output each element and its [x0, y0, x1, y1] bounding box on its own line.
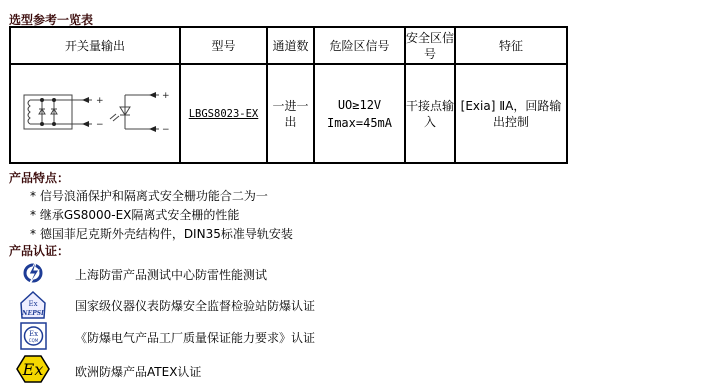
header-model: 型号	[180, 27, 267, 64]
table-row: +− +− LBGS8023-EX 一进一出 UO≥12V Imax=45mA …	[10, 64, 567, 163]
safe-signal-cell: 干接点输入	[405, 64, 455, 163]
features-title: 产品特点：	[9, 169, 69, 186]
svg-text:Ex: Ex	[28, 300, 37, 308]
certs-title: 产品认证：	[9, 242, 69, 259]
svg-text:−: −	[96, 120, 104, 130]
hazard-signal-current: Imax=45mA	[315, 114, 404, 132]
ex-cqm-icon: Ex CQM	[18, 322, 48, 350]
header-channels: 通道数	[267, 27, 314, 64]
feature-item: * 德国菲尼克斯外壳结构件，DIN35标准导轨安装	[30, 225, 293, 242]
svg-text:+: +	[162, 91, 170, 101]
hazard-signal-voltage: UO≥12V	[315, 96, 404, 114]
table-header-row: 开关量输出 型号 通道数 危险区信号 安全区信号 特征	[10, 27, 567, 64]
cert-item: 上海防雷产品测试中心防雷性能测试	[75, 266, 267, 283]
model-link[interactable]: LBGS8023-EX	[189, 108, 259, 120]
model-cell[interactable]: LBGS8023-EX	[180, 64, 267, 163]
svg-text:+: +	[96, 96, 104, 106]
hazard-signal-cell: UO≥12V Imax=45mA	[314, 64, 405, 163]
cert-item: 《防爆电气产品工厂质量保证能力要求》认证	[75, 329, 315, 346]
channels-cell: 一进一出	[267, 64, 314, 163]
feature-item: * 继承GS8000-EX隔离式安全栅的性能	[30, 206, 239, 223]
header-hazard-signal: 危险区信号	[314, 27, 405, 64]
switch-output-circuit-icon: +− +−	[20, 87, 170, 137]
cert-item: 欧洲防爆产品ATEX认证	[75, 363, 201, 380]
feature-item: * 信号浪涌保护和隔离式安全栅功能合二为一	[30, 187, 268, 204]
circuit-diagram-cell: +− +−	[10, 64, 180, 163]
header-switch-output: 开关量输出	[10, 27, 180, 64]
svg-text:Ex: Ex	[22, 360, 44, 379]
selection-table: 开关量输出 型号 通道数 危险区信号 安全区信号 特征	[9, 26, 568, 164]
svg-text:NEPSI: NEPSI	[21, 310, 44, 317]
header-features: 特征	[455, 27, 567, 64]
svg-text:CQM: CQM	[29, 338, 39, 343]
features-cell: [Exia] ⅡA，回路输出控制	[455, 64, 567, 163]
nepsi-ex-icon: Ex NEPSI	[18, 291, 48, 319]
atex-ex-icon: Ex	[16, 355, 50, 383]
cert-item: 国家级仪器仪表防爆安全监督检验站防爆认证	[75, 297, 315, 314]
header-safe-signal: 安全区信号	[405, 27, 455, 64]
svg-text:Ex: Ex	[29, 330, 38, 338]
svg-text:−: −	[162, 125, 170, 135]
lightning-protection-icon	[18, 259, 48, 287]
